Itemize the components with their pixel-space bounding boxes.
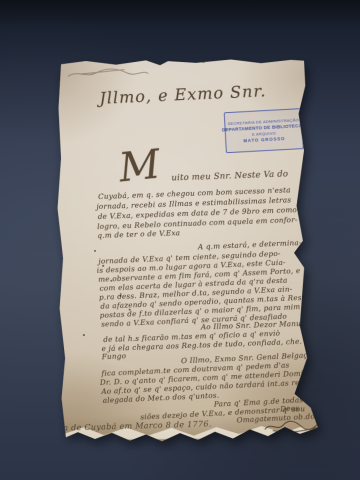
wormhole-dot bbox=[102, 265, 104, 267]
wormhole-dot bbox=[119, 295, 121, 297]
wormhole-dot bbox=[202, 61, 205, 63]
wormhole-dot bbox=[94, 250, 96, 252]
wormhole-dot bbox=[129, 309, 131, 311]
wormhole-dot bbox=[110, 280, 112, 282]
closing-block: Para q' Ema g.de todas as oc.. siões dez… bbox=[38, 50, 329, 449]
document-paper: Jllmo, e Exmo Snr. SECRETARIA DE ADMINIS… bbox=[46, 56, 322, 445]
photo-mat: Jllmo, e Exmo Snr. SECRETARIA DE ADMINIS… bbox=[0, 0, 360, 480]
signature-flourish-icon bbox=[263, 416, 326, 435]
paper-wrap: Jllmo, e Exmo Snr. SECRETARIA DE ADMINIS… bbox=[46, 56, 322, 445]
wormhole-dot bbox=[83, 334, 85, 336]
